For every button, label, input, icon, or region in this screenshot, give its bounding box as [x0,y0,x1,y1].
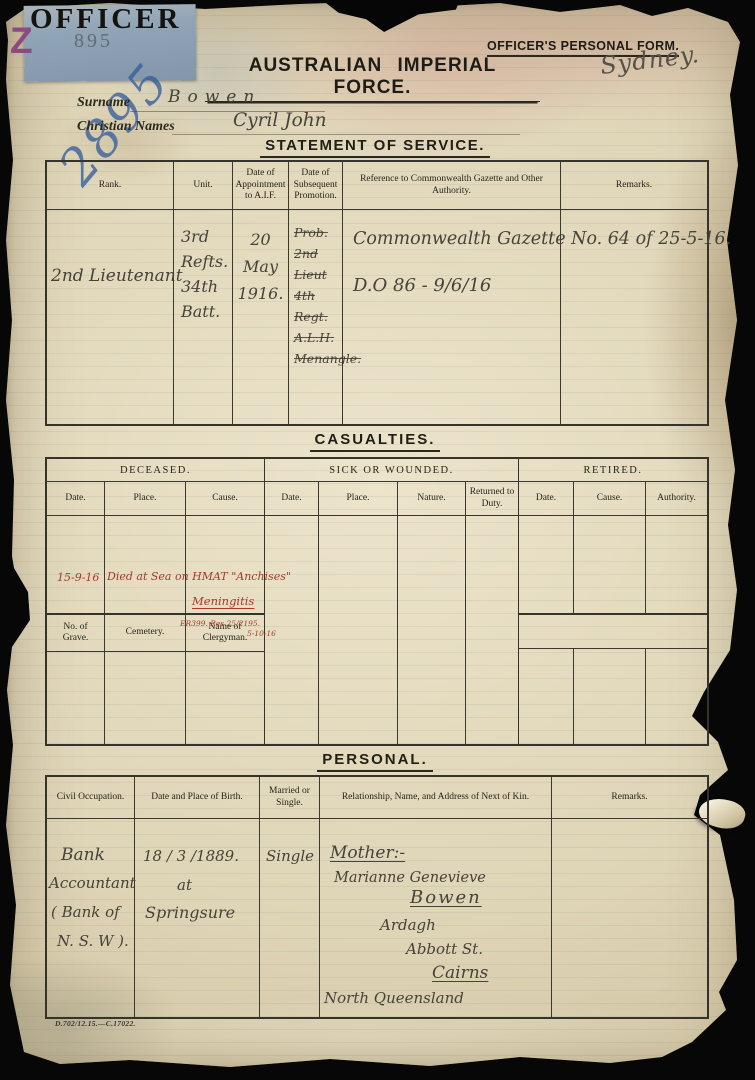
death-cause-value: Meningitis [192,594,254,608]
deceased-group-label: DECEASED. [47,459,264,482]
cell-service-remarks [561,210,707,424]
scanned-officer-form: Z 895 OFFICER 2895 OFFICER'S PERSONAL FO… [0,0,755,1080]
cell-reference: Commonwealth Gazette No. 64 of 25-5-16. … [343,210,561,424]
surname-label: Surname [77,95,130,111]
sick-col-nature: Nature. [398,482,466,515]
personal-table: Civil Occupation. Date and Place of Birt… [45,775,709,1019]
deceased-col-place: Place. [105,482,186,515]
casualties-table: DECEASED. Date. Place. Cause. No. of Gra… [45,457,709,746]
retired-group: RETIRED. Date. Cause. Authority. [518,459,707,744]
christian-names-value: Cyril John [233,110,327,131]
next-of-kin-address-line: Cairns [432,963,551,983]
statement-of-service-heading: STATEMENT OF SERVICE. [45,137,705,158]
sick-or-wounded-group: SICK OR WOUNDED. Date. Place. Nature. Re… [264,459,518,744]
cell-next-of-kin: Mother:- Marianne Genevieve Bowen Ardagh… [320,819,552,1017]
col-header-rank: Rank. [47,162,174,210]
next-of-kin-address-line: Ardagh [380,916,551,934]
occupation-line: Bank [61,845,134,865]
date-appointment-value: 20 May 1916. [233,226,288,307]
death-place-value: Died at Sea on HMAT "Anchises" [107,570,291,583]
death-reference-note: ER399. Res 25/2195. [180,619,260,628]
deceased-col-date: Date. [47,482,105,515]
unit-value: 3rd Refts. 34th Batt. [181,224,232,324]
next-of-kin-address-line: North Queensland [324,989,551,1007]
officer-stamp: OFFICER [30,3,182,36]
cell-date-promotion: Prob. 2nd Lieut 4th Regt. A.L.H. Menangl… [289,210,343,424]
married-single-value: Single [266,847,319,865]
sick-col-returned: Returned to Duty. [466,482,518,515]
grave-col-cemetery: Cemetery. [105,615,186,651]
sick-col-place: Place. [319,482,398,515]
retired-col-cause: Cause. [574,482,646,515]
cell-rank: 2nd Lieutenant [47,210,174,424]
sick-col-date: Date. [265,482,319,515]
gazette-reference-value: Commonwealth Gazette No. 64 of 25-5-16. [353,226,560,253]
cell-married-single: Single [260,819,320,1017]
cell-date-appointment: 20 May 1916. [233,210,289,424]
col-header-unit: Unit. [174,162,233,210]
occupation-line: Accountant [49,874,134,892]
sick-group-label: SICK OR WOUNDED. [265,459,518,482]
retired-col-authority: Authority. [646,482,707,515]
cell-birth: 18 / 3 /1889. at Springsure [135,819,260,1017]
col-header-reference: Reference to Commonwealth Gazette and Ot… [343,162,561,210]
col-header-date-appointment: Date of Appointment to A.I.F. [233,162,289,210]
col-header-date-promotion: Date of Subsequent Promotion. [289,162,343,210]
retired-divider-band [519,613,707,649]
casualties-heading: CASUALTIES. [45,431,705,452]
occupation-line: N. S. W ). [57,932,134,950]
next-of-kin-name: Marianne Genevieve [334,870,551,886]
surname-value: Bowen [168,87,261,107]
birth-at-word: at [177,876,259,894]
col-header-remarks: Remarks. [561,162,707,210]
promotion-struck-entries: Prob. 2nd Lieut 4th Regt. A.L.H. Menangl… [294,222,342,369]
death-reference-note-date: 5-10-16 [247,629,276,638]
grave-col-number: No. of Grave. [47,615,105,651]
printer-imprint: D.702/12.15.—C.17022. [55,1019,136,1028]
birth-place-value: Springsure [145,903,259,922]
cell-personal-remarks [552,819,707,1017]
retired-col-date: Date. [519,482,574,515]
personal-heading: PERSONAL. [45,751,705,772]
deceased-col-cause: Cause. [186,482,264,515]
retired-group-label: RETIRED. [519,459,707,482]
next-of-kin-relationship: Mother:- [330,843,551,863]
next-of-kin-surname: Bowen [410,887,551,908]
col-header-married: Married or Single. [260,777,320,819]
next-of-kin-address-line: Abbott St. [406,940,551,958]
deceased-group: DECEASED. Date. Place. Cause. No. of Gra… [47,459,264,744]
cell-unit: 3rd Refts. 34th Batt. [174,210,233,424]
cell-occupation: Bank Accountant ( Bank of N. S. W ). [47,819,135,1017]
christian-names-label: Christian Names [77,119,175,135]
birth-date-value: 18 / 3 /1889. [143,847,259,865]
col-header-occupation: Civil Occupation. [47,777,135,819]
christian-names-rule-line [172,134,520,135]
death-date-value: 15-9-16 [57,571,99,584]
rank-value: 2nd Lieutenant [51,266,173,286]
district-order-reference: D.O 86 - 9/6/16 [353,275,560,296]
col-header-personal-remarks: Remarks. [552,777,707,819]
occupation-line: ( Bank of [51,903,134,921]
service-table: Rank. Unit. Date of Appointment to A.I.F… [45,160,709,426]
col-header-birth: Date and Place of Birth. [135,777,260,819]
col-header-next-of-kin: Relationship, Name, and Address of Next … [320,777,552,819]
